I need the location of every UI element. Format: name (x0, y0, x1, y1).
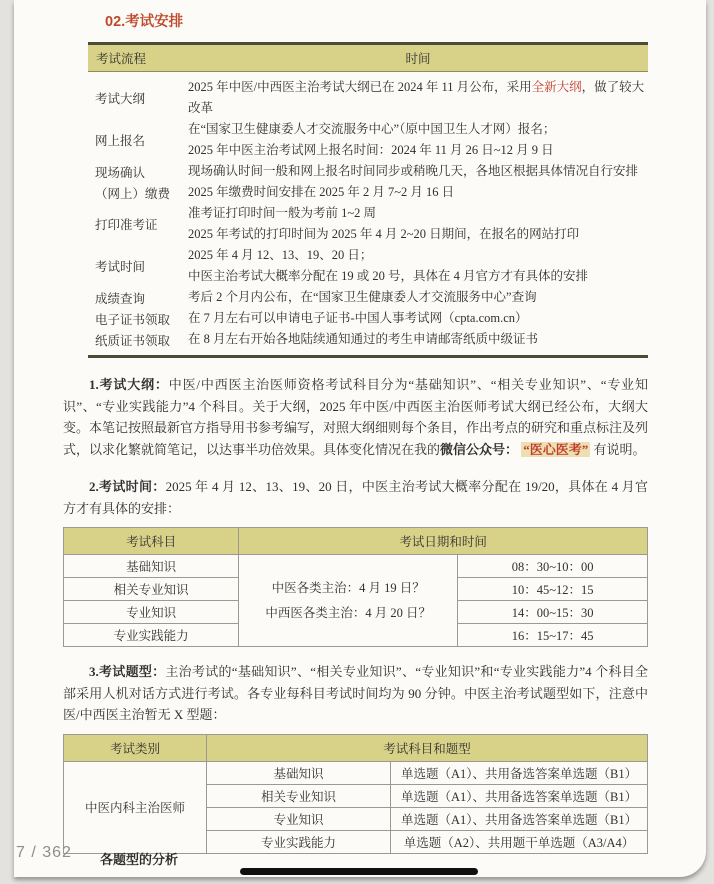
schedule-row-content: 2025 年中医/中西医主治考试大纲已在 2024 年 11 月公布，采用全新大… (188, 72, 648, 120)
schedule-row-label: 现场确认 (88, 161, 188, 182)
home-indicator-bar[interactable] (240, 868, 478, 875)
text-segment: 在“国家卫生健康委人才交流服务中心”（原中国卫生人才网）报名； (188, 122, 555, 136)
date-note-line: 中医各类主治：4 月 19 日？ (239, 576, 457, 601)
type-col-header-subjects: 考试科目和题型 (207, 734, 648, 761)
text-segment: 现场确认时间一般和网上报名时间同步或稍晚几天，各地区根据具体情况自行安排 (188, 164, 638, 178)
schedule-row-label: 电子证书领取 (88, 308, 188, 329)
schedule-row-content: 2025 年 4 月 12、13、19、20 日；中医主治考试大概率分配在 19… (188, 245, 648, 287)
schedule-line: 在 8 月左右开始各地陆续通知通过的考生申请邮寄纸质中级证书 (188, 329, 648, 350)
text-segment: 1.考试大纲： (89, 377, 169, 392)
date-note-cell: 中医各类主治：4 月 19 日？中西医各类主治：4 月 20 日？ (239, 555, 458, 647)
schedule-row: 纸质证书领取在 8 月左右开始各地陆续通知通过的考生申请邮寄纸质中级证书 (88, 329, 648, 357)
text-segment: 微信公众号： (440, 442, 518, 457)
time-table-row: 基础知识中医各类主治：4 月 19 日？中西医各类主治：4 月 20 日？08：… (64, 555, 648, 578)
text-segment: 2025 年中医/中西医主治考试大纲已在 2024 年 11 月公布，采用 (188, 80, 532, 94)
schedule-line: 在“国家卫生健康委人才交流服务中心”（原中国卫生人才网）报名； (188, 119, 648, 140)
text-segment: 在 8 月左右开始各地陆续通知通过的考生申请邮寄纸质中级证书 (188, 332, 538, 346)
schedule-row-content: 现场确认时间一般和网上报名时间同步或稍晚几天，各地区根据具体情况自行安排 (188, 161, 648, 182)
text-segment: 3.考试题型： (89, 664, 165, 679)
schedule-row: 网上报名在“国家卫生健康委人才交流服务中心”（原中国卫生人才网）报名；2025 … (88, 119, 648, 161)
type-types-cell: 单选题（A1）、共用备选答案单选题（B1） (391, 807, 648, 830)
type-types-cell: 单选题（A1）、共用备选答案单选题（B1） (391, 784, 648, 807)
schedule-row-label: 考试时间 (88, 245, 188, 287)
text-segment: 有说明。 (590, 442, 645, 457)
paragraph-exam-outline: 1.考试大纲：中医/中西医主治医师资格考试科目分为“基础知识”、“相关专业知识”… (63, 374, 648, 460)
schedule-line: 中医主治考试大概率分配在 19 或 20 号，具体在 4 月官方才有具体的安排 (188, 266, 648, 287)
schedule-line: 2025 年中医/中西医主治考试大纲已在 2024 年 11 月公布，采用全新大… (188, 77, 648, 119)
schedule-row: 考试时间2025 年 4 月 12、13、19、20 日；中医主治考试大概率分配… (88, 245, 648, 287)
schedule-row-content: 准考证打印时间一般为考前 1~2 周2025 年考试的打印时间为 2025 年 … (188, 203, 648, 245)
type-table-row: 中医内科主治医师基础知识单选题（A1）、共用备选答案单选题（B1） (64, 761, 648, 784)
subject-cell: 专业实践能力 (64, 624, 239, 647)
exam-schedule-table: 考试流程 时间 考试大纲2025 年中医/中西医主治考试大纲已在 2024 年 … (88, 42, 648, 358)
schedule-col-header-time: 时间 (188, 44, 648, 72)
schedule-row-label: （网上）缴费 (88, 182, 188, 203)
schedule-row: 成绩查询考后 2 个月内公布，在“国家卫生健康委人才交流服务中心”查询 (88, 287, 648, 308)
schedule-row-label: 成绩查询 (88, 287, 188, 308)
schedule-row-content: 在 7 月左右可以申请电子证书-中国人事考试网（cpta.com.cn） (188, 308, 648, 329)
schedule-row: 打印准考证准考证打印时间一般为考前 1~2 周2025 年考试的打印时间为 20… (88, 203, 648, 245)
time-cell: 08：30~10：00 (458, 555, 648, 578)
schedule-col-header-process: 考试流程 (88, 44, 188, 72)
text-segment: 准考证打印时间一般为考前 1~2 周 (188, 206, 376, 220)
time-col-header-subject: 考试科目 (64, 528, 239, 555)
category-cell: 中医内科主治医师 (64, 761, 207, 853)
time-cell: 14：00~15：30 (458, 601, 648, 624)
subject-cell: 相关专业知识 (64, 578, 239, 601)
date-note-line: 中西医各类主治：4 月 20 日？ (239, 601, 457, 626)
question-type-table: 考试类别 考试科目和题型 中医内科主治医师基础知识单选题（A1）、共用备选答案单… (63, 734, 648, 854)
schedule-row-content: 在 8 月左右开始各地陆续通知通过的考生申请邮寄纸质中级证书 (188, 329, 648, 357)
schedule-line: 在 7 月左右可以申请电子证书-中国人事考试网（cpta.com.cn） (188, 308, 648, 329)
schedule-line: 准考证打印时间一般为考前 1~2 周 (188, 203, 648, 224)
schedule-line: 2025 年缴费时间安排在 2025 年 2 月 7~2 月 16 日 (188, 182, 648, 203)
time-cell: 16：15~17：45 (458, 624, 648, 647)
schedule-row-content: 在“国家卫生健康委人才交流服务中心”（原中国卫生人才网）报名；2025 年中医主… (188, 119, 648, 161)
type-col-header-category: 考试类别 (64, 734, 207, 761)
type-subject-cell: 专业知识 (207, 807, 391, 830)
text-segment: 2025 年缴费时间安排在 2025 年 2 月 7~2 月 16 日 (188, 185, 454, 199)
screen: 02.考试安排 考试流程 时间 考试大纲2025 年中医/中西医主治考试大纲已在… (0, 0, 714, 884)
schedule-line: 2025 年考试的打印时间为 2025 年 4 月 2~20 日期间，在报名的网… (188, 224, 648, 245)
text-segment: 全新大纲 (532, 80, 582, 94)
schedule-header-row: 考试流程 时间 (88, 44, 648, 72)
schedule-row-label: 考试大纲 (88, 72, 188, 120)
time-table-header-row: 考试科目 考试日期和时间 (64, 528, 648, 555)
text-segment: 考后 2 个月内公布，在“国家卫生健康委人才交流服务中心”查询 (188, 290, 537, 304)
text-segment: 中医主治考试大概率分配在 19 或 20 号，具体在 4 月官方才有具体的安排 (188, 269, 588, 283)
next-section-heading: 各题型的分析 (100, 849, 178, 868)
text-segment: 2025 年 4 月 12、13、19、20 日； (188, 248, 372, 262)
schedule-row-label: 纸质证书领取 (88, 329, 188, 357)
time-cell: 10：45~12：15 (458, 578, 648, 601)
schedule-row: 电子证书领取在 7 月左右可以申请电子证书-中国人事考试网（cpta.com.c… (88, 308, 648, 329)
type-table-header-row: 考试类别 考试科目和题型 (64, 734, 648, 761)
type-types-cell: 单选题（A1）、共用备选答案单选题（B1） (391, 761, 648, 784)
time-col-header-datetime: 考试日期和时间 (239, 528, 648, 555)
schedule-row-content: 2025 年缴费时间安排在 2025 年 2 月 7~2 月 16 日 (188, 182, 648, 203)
page-indicator: 7 / 362 (16, 844, 72, 862)
document-page: 02.考试安排 考试流程 时间 考试大纲2025 年中医/中西医主治考试大纲已在… (14, 0, 706, 877)
schedule-row-label: 打印准考证 (88, 203, 188, 245)
exam-time-table: 考试科目 考试日期和时间 基础知识中医各类主治：4 月 19 日？中西医各类主治… (63, 527, 648, 647)
text-segment: 2025 年中医主治考试网上报名时间：2024 年 11 月 26 日~12 月… (188, 143, 554, 157)
text-segment: 2.考试时间： (89, 479, 166, 494)
schedule-row: 考试大纲2025 年中医/中西医主治考试大纲已在 2024 年 11 月公布，采… (88, 72, 648, 120)
subject-cell: 基础知识 (64, 555, 239, 578)
type-subject-cell: 基础知识 (207, 761, 391, 784)
schedule-row: 现场确认现场确认时间一般和网上报名时间同步或稍晚几天，各地区根据具体情况自行安排 (88, 161, 648, 182)
schedule-line: 现场确认时间一般和网上报名时间同步或稍晚几天，各地区根据具体情况自行安排 (188, 161, 648, 182)
paragraph-exam-time: 2.考试时间：2025 年 4 月 12、13、19、20 日，中医主治考试大概… (63, 476, 648, 519)
type-subject-cell: 专业实践能力 (207, 830, 391, 853)
type-subject-cell: 相关专业知识 (207, 784, 391, 807)
schedule-line: 考后 2 个月内公布，在“国家卫生健康委人才交流服务中心”查询 (188, 287, 648, 308)
section-title: 02.考试安排 (105, 10, 648, 31)
subject-cell: 专业知识 (64, 601, 239, 624)
schedule-line: 2025 年 4 月 12、13、19、20 日； (188, 245, 648, 266)
schedule-line: 2025 年中医主治考试网上报名时间：2024 年 11 月 26 日~12 月… (188, 140, 648, 161)
schedule-row: （网上）缴费2025 年缴费时间安排在 2025 年 2 月 7~2 月 16 … (88, 182, 648, 203)
text-segment: 在 7 月左右可以申请电子证书-中国人事考试网（cpta.com.cn） (188, 311, 528, 325)
text-segment: 2025 年考试的打印时间为 2025 年 4 月 2~20 日期间，在报名的网… (188, 227, 579, 241)
type-types-cell: 单选题（A2）、共用题干单选题（A3/A4） (391, 830, 648, 853)
schedule-row-label: 网上报名 (88, 119, 188, 161)
paragraph-question-types: 3.考试题型：主治考试的“基础知识”、“相关专业知识”、“专业知识”和“专业实践… (63, 661, 648, 726)
text-segment: “医心医考” (521, 442, 590, 457)
schedule-row-content: 考后 2 个月内公布，在“国家卫生健康委人才交流服务中心”查询 (188, 287, 648, 308)
